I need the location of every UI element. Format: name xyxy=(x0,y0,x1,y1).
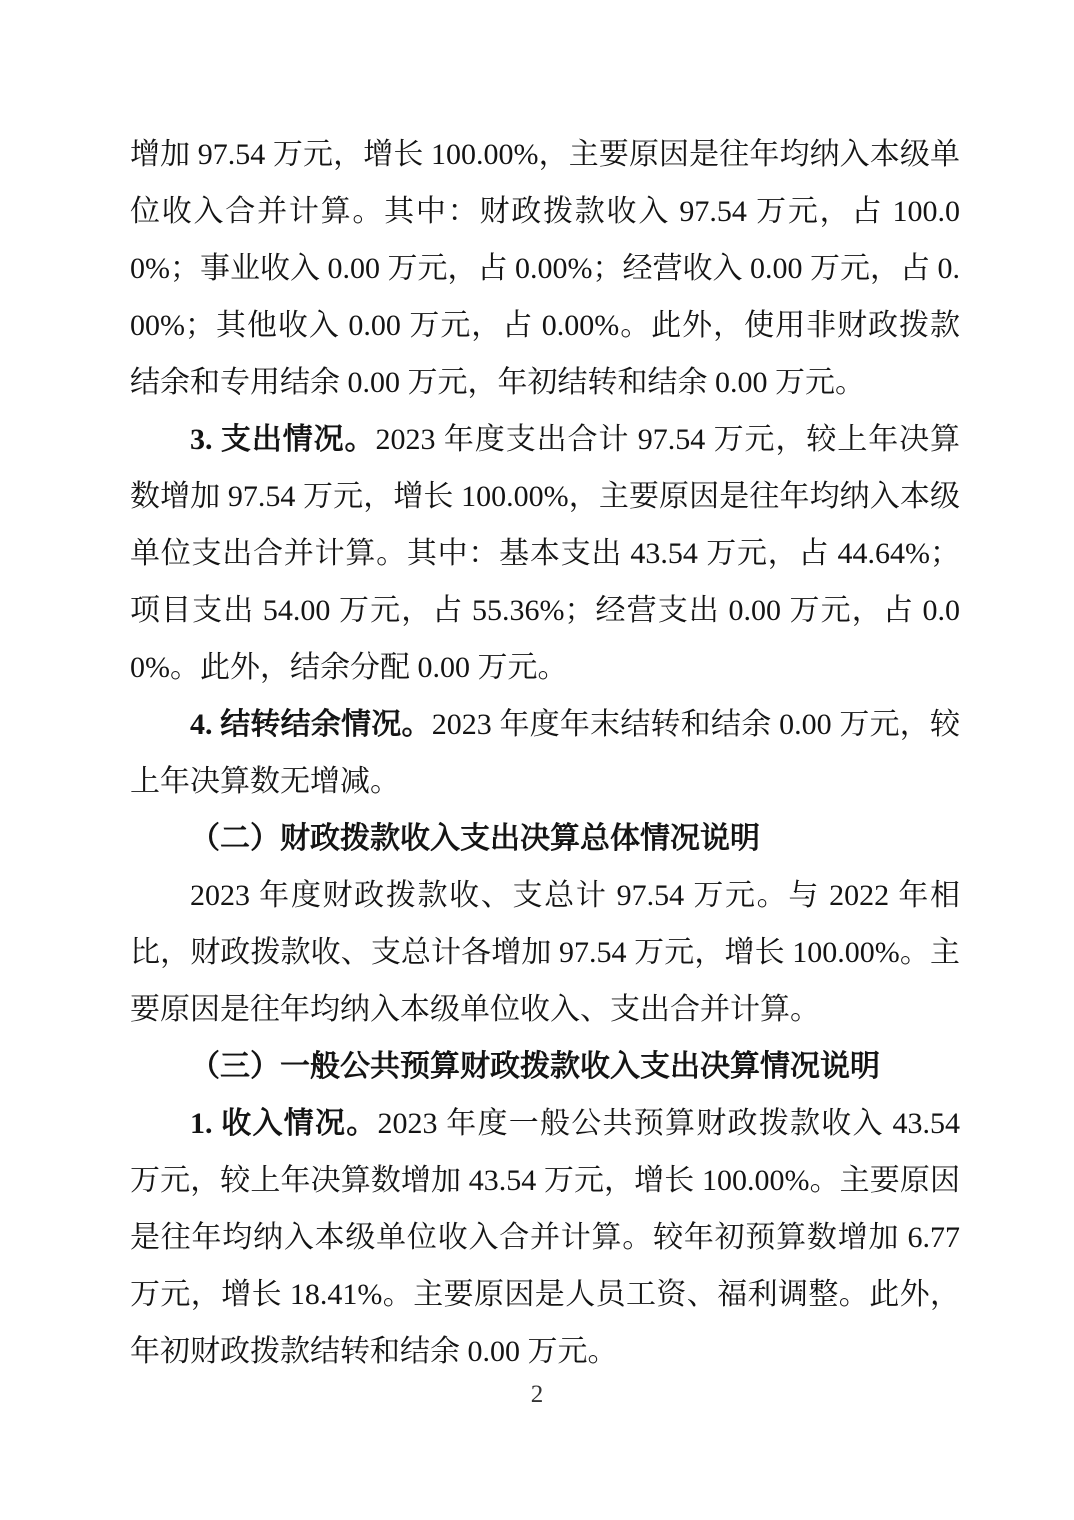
paragraph-lead: 4. 结转结余情况。 xyxy=(190,708,432,741)
paragraph-text: 2023 年度财政拨款收、支总计 97.54 万元。与 2022 年相比，财政拨… xyxy=(130,879,960,1026)
section-heading-text: （三）一般公共预算财政拨款收入支出决算情况说明 xyxy=(190,1050,880,1083)
paragraph-general-income: 1. 收入情况。2023 年度一般公共预算财政拨款收入 43.54 万元，较上年… xyxy=(130,1095,960,1380)
paragraph-text: 增加 97.54 万元，增长 100.00%，主要原因是往年均纳入本级单位收入合… xyxy=(130,138,960,399)
paragraph-text: 2023 年度一般公共预算财政拨款收入 43.54 万元，较上年决算数增加 43… xyxy=(130,1107,960,1368)
document-page: { "doc": { "page_number": "2", "paragrap… xyxy=(0,0,1074,1520)
page-number: 2 xyxy=(0,1380,1074,1410)
paragraph-income-continuation: 增加 97.54 万元，增长 100.00%，主要原因是往年均纳入本级单位收入合… xyxy=(130,126,960,411)
section-heading-general-public-budget: （三）一般公共预算财政拨款收入支出决算情况说明 xyxy=(130,1038,960,1095)
paragraph-carryover: 4. 结转结余情况。2023 年度年末结转和结余 0.00 万元，较上年决算数无… xyxy=(130,696,960,810)
paragraph-fiscal-total: 2023 年度财政拨款收、支总计 97.54 万元。与 2022 年相比，财政拨… xyxy=(130,867,960,1038)
section-heading-fiscal-appropriation: （二）财政拨款收入支出决算总体情况说明 xyxy=(130,810,960,867)
paragraph-expenditure: 3. 支出情况。2023 年度支出合计 97.54 万元，较上年决算数增加 97… xyxy=(130,411,960,696)
section-heading-text: （二）财政拨款收入支出决算总体情况说明 xyxy=(190,822,760,855)
document-body: 增加 97.54 万元，增长 100.00%，主要原因是往年均纳入本级单位收入合… xyxy=(130,126,960,1380)
paragraph-text: 2023 年度支出合计 97.54 万元，较上年决算数增加 97.54 万元，增… xyxy=(130,423,960,684)
paragraph-lead: 3. 支出情况。 xyxy=(190,423,375,456)
paragraph-lead: 1. 收入情况。 xyxy=(190,1107,378,1140)
